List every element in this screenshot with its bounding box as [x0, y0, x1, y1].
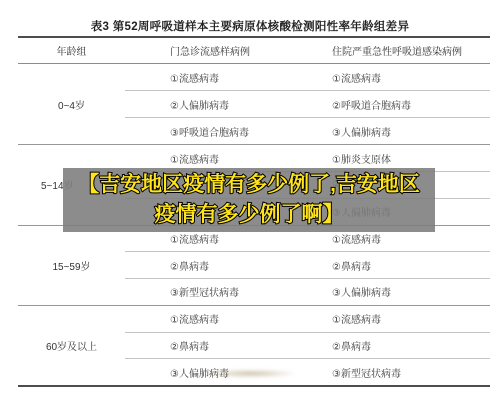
hospitalized-rank-1: ①流感病毒 — [330, 231, 490, 246]
age-group-label: 0~4岁 — [18, 64, 125, 144]
hospitalized-rank-1: ①流感病毒 — [330, 311, 490, 326]
age-group-label: 60岁及以上 — [18, 306, 125, 385]
table-row: ③人偏肺病毒 ③新型冠状病毒 — [125, 358, 490, 385]
hospitalized-rank-2: ②呼吸道合胞病毒 — [330, 97, 490, 112]
table-row: ②鼻病毒 ②鼻病毒 — [125, 332, 490, 359]
outpatient-rank-2: ②人偏肺病毒 — [125, 97, 330, 112]
table-row-group-age-60-plus: 60岁及以上 ①流感病毒 ①流感病毒 ②鼻病毒 ②鼻病毒 ③人偏肺病毒 ③新型冠… — [18, 305, 490, 385]
outpatient-rank-2: ②鼻病毒 — [125, 258, 330, 273]
outpatient-rank-3: ③新型冠状病毒 — [125, 284, 330, 299]
table-row: ②人偏肺病毒 ②呼吸道合胞病毒 — [125, 90, 490, 117]
table-row: ①流感病毒 ①流感病毒 — [125, 64, 490, 90]
hospitalized-rank-1: ①肺炎支原体 — [330, 151, 490, 166]
overlay-caption-banner: 【吉安地区疫情有多少例了,吉安地区 疫情有多少例了啊】 — [63, 168, 435, 232]
table-row: ①流感病毒 ①流感病毒 — [125, 306, 490, 332]
overlay-caption-text: 【吉安地区疫情有多少例了,吉安地区 疫情有多少例了啊】 — [63, 170, 435, 230]
outpatient-rank-3: ③呼吸道合胞病毒 — [125, 124, 330, 139]
table-row: ③呼吸道合胞病毒 ③人偏肺病毒 — [125, 117, 490, 144]
hospitalized-rank-3: ③人偏肺病毒 — [330, 124, 490, 139]
table-row: ③新型冠状病毒 ③人偏肺病毒 — [125, 278, 490, 305]
hospitalized-rank-2: ②鼻病毒 — [330, 258, 490, 273]
overlay-caption-line2: 疫情有多少例了啊】 — [155, 203, 344, 226]
table-row: ②鼻病毒 ②鼻病毒 — [125, 251, 490, 278]
hospitalized-rank-3: ③新型冠状病毒 — [330, 365, 490, 380]
outpatient-rank-1: ①流感病毒 — [125, 151, 330, 166]
table-title: 表3 第52周呼吸道样本主要病原体核酸检测阳性率年龄组差异 — [0, 18, 500, 34]
hospitalized-rank-1: ①流感病毒 — [330, 70, 490, 85]
overlay-caption-line1: 【吉安地区疫情有多少例了,吉安地区 — [78, 173, 420, 196]
outpatient-rank-3: ③人偏肺病毒 — [125, 365, 330, 380]
col-header-age-group: 年龄组 — [18, 43, 125, 58]
page: 表3 第52周呼吸道样本主要病原体核酸检测阳性率年龄组差异 年龄组 门急诊流感样… — [0, 0, 500, 402]
col-header-hospitalized-sari-cases: 住院严重急性呼吸道感染病例 — [330, 43, 490, 58]
hospitalized-rank-2: ②鼻病毒 — [330, 338, 490, 353]
outpatient-rank-1: ①流感病毒 — [125, 311, 330, 326]
hospitalized-rank-3: ③人偏肺病毒 — [330, 284, 490, 299]
age-group-label: 15~59岁 — [18, 226, 125, 305]
outpatient-rank-1: ①流感病毒 — [125, 231, 330, 246]
table-header-row: 年龄组 门急诊流感样病例 住院严重急性呼吸道感染病例 — [18, 38, 490, 64]
col-header-outpatient-ili-cases: 门急诊流感样病例 — [125, 43, 330, 58]
outpatient-rank-2: ②鼻病毒 — [125, 338, 330, 353]
outpatient-rank-1: ①流感病毒 — [125, 70, 330, 85]
table-row-group-age-0-4: 0~4岁 ①流感病毒 ①流感病毒 ②人偏肺病毒 ②呼吸道合胞病毒 ③呼吸道合胞病… — [18, 64, 490, 144]
table-row-group-age-15-59: 15~59岁 ①流感病毒 ①流感病毒 ②鼻病毒 ②鼻病毒 ③新型冠状病毒 ③人偏… — [18, 225, 490, 305]
